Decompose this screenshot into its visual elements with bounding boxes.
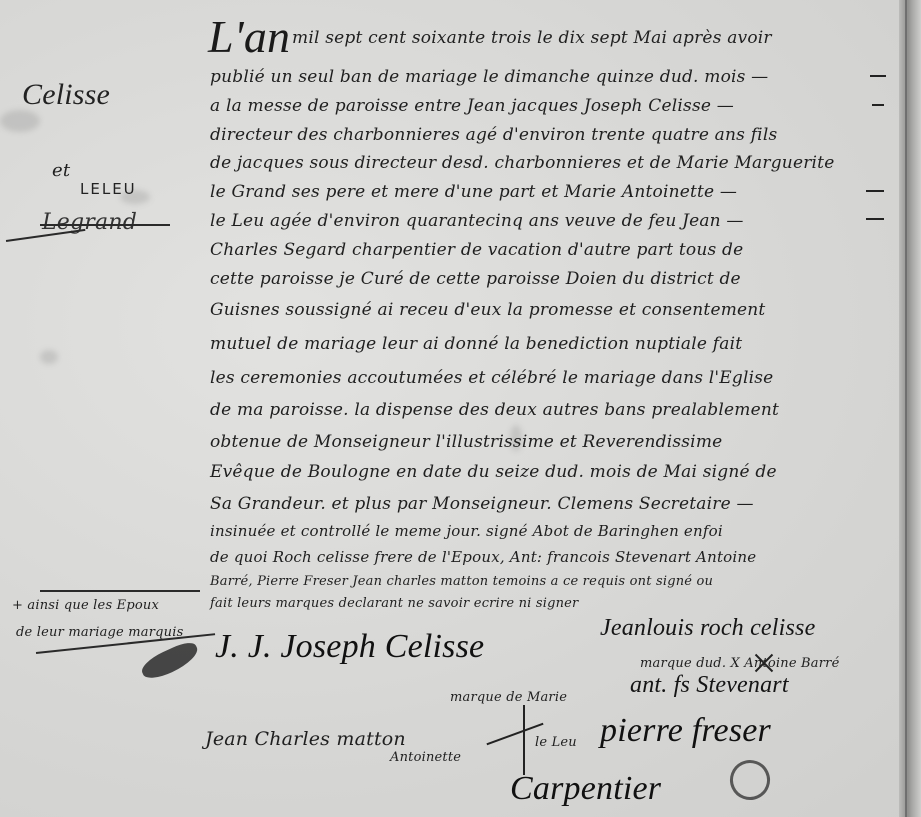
scanned-document-page: Celisse et LELEU Legrand + ainsi que les… (0, 0, 921, 817)
record-line-10: Guisnes soussigné ai receu d'eux la prom… (210, 300, 765, 320)
record-line-19: Barré, Pierre Freser Jean charles matton… (210, 574, 713, 589)
margin-note-line2: de leur mariage marquis (16, 625, 183, 640)
record-line-14: obtenue de Monseigneur l'illustrissime e… (210, 432, 722, 452)
record-line-2: publié un seul ban de mariage le dimanch… (210, 67, 768, 87)
record-initial: L'an (208, 10, 290, 63)
record-line-6: le Grand ses pere et mere d'une part et … (210, 182, 737, 202)
record-line-13: de ma paroisse. la dispense des deux aut… (210, 400, 779, 420)
margin-conjunction: et (52, 160, 70, 181)
signature-antoinette: Antoinette (390, 750, 461, 765)
record-line-17: insinuée et controllé le meme jour. sign… (210, 522, 723, 540)
record-line-12: les ceremonies accoutumées et célébré le… (210, 368, 773, 388)
signature-freser: pierre freser (600, 712, 771, 750)
ink-flourish (723, 753, 776, 806)
record-line-5: de jacques sous directeur desd. charbonn… (210, 153, 834, 173)
margin-note-line1: + ainsi que les Epoux (12, 598, 159, 613)
margin-groom-surname: Celisse (22, 78, 110, 112)
margin-bride-surname: LELEU (80, 180, 137, 198)
signature-cure-carpentier: Carpentier (510, 770, 661, 808)
record-line-11: mutuel de mariage leur ai donné la bened… (210, 334, 742, 354)
record-line-1: mil sept cent soixante trois le dix sept… (292, 28, 772, 48)
signature-stevenart: ant. fs Stevenart (630, 672, 789, 699)
margin-struck-surname: Legrand (42, 210, 137, 235)
signature-barre-mark: marque dud. X Antoine Barré (640, 656, 839, 671)
ink-stain (40, 350, 58, 364)
record-line-20: fait leurs marques declarant ne savoir e… (210, 596, 578, 611)
paper-stain (0, 110, 40, 132)
signature-roch-celisse: Jeanlouis roch celisse (600, 615, 815, 642)
ink-blot (138, 638, 202, 683)
record-line-4: directeur des charbonnieres agé d'enviro… (210, 125, 777, 145)
signature-groom: J. J. Joseph Celisse (215, 628, 484, 666)
record-line-8: Charles Segard charpentier de vacation d… (210, 240, 743, 260)
page-binding-edge (899, 0, 921, 817)
line-dash (872, 104, 884, 106)
record-line-3: a la messe de paroisse entre Jean jacque… (210, 96, 734, 116)
signature-bride-mark: marque de Marie (450, 690, 567, 705)
record-line-7: le Leu agée d'environ quarantecinq ans v… (210, 211, 744, 231)
margin-note-overline (40, 590, 200, 592)
record-line-9: cette paroisse je Curé de cette paroisse… (210, 269, 741, 289)
line-dash (866, 190, 884, 192)
record-line-18: de quoi Roch celisse frere de l'Epoux, A… (210, 548, 756, 566)
line-dash (870, 75, 886, 77)
signature-leleu: le Leu (535, 735, 577, 750)
binding-line (905, 0, 907, 817)
line-dash (866, 218, 884, 220)
record-line-16: Sa Grandeur. et plus par Monseigneur. Cl… (210, 494, 754, 514)
strikethrough-line (40, 224, 170, 226)
signature-matton: Jean Charles matton (205, 728, 406, 750)
record-line-15: Evêque de Boulogne en date du seize dud.… (210, 462, 777, 482)
